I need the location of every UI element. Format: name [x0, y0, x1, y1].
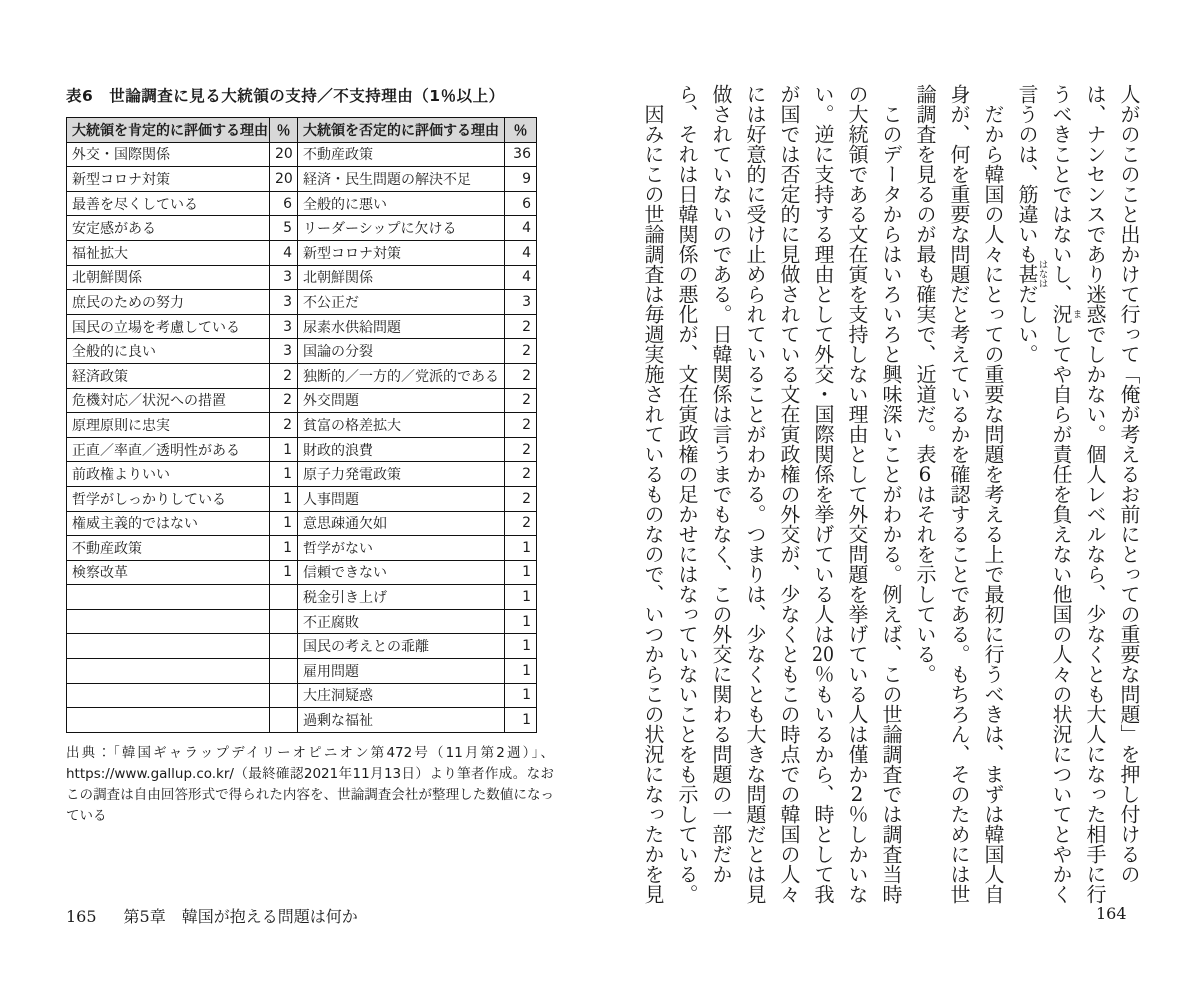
table-row: 国民の立場を考慮している3尿素水供給問題2	[67, 314, 537, 339]
upright-number: 20	[811, 644, 835, 664]
table-cell: 3	[505, 290, 537, 315]
table-cell: 2	[505, 314, 537, 339]
vertical-text-block: 人がのこのこと出かけて行って「俺が考えるお前にとっての重要な問題」を押し付けるの…	[636, 84, 1146, 908]
table-cell: 1	[270, 437, 298, 462]
upright-number: 2	[845, 784, 869, 804]
table-cell: 1	[270, 536, 298, 561]
table-cell: 1	[270, 511, 298, 536]
table-cell: 正直／率直／透明性がある	[67, 437, 270, 462]
table-cell: 意思疎通欠如	[298, 511, 505, 536]
table-cell: 5	[270, 216, 298, 241]
table-cell: 前政権よりいい	[67, 462, 270, 487]
table-cell: 2	[505, 413, 537, 438]
paragraph: このデータからはいろいろと興味深いことがわかる。例えば、この世論調査では調査当時…	[670, 84, 908, 908]
table-cell: 北朝鮮関係	[298, 265, 505, 290]
table-cell: 36	[505, 142, 537, 167]
page-number-left: 165	[66, 907, 97, 926]
table-row: 権威主義的ではない1意思疎通欠如2	[67, 511, 537, 536]
table-cell: 不公正だ	[298, 290, 505, 315]
table-cell: 国民の考えとの乖離	[298, 634, 505, 659]
table-cell: 不正腐敗	[298, 609, 505, 634]
table-cell	[270, 683, 298, 708]
table-cell: 庶民のための努力	[67, 290, 270, 315]
table-row: 哲学がしっかりしている1人事問題2	[67, 486, 537, 511]
table-cell: 2	[505, 486, 537, 511]
table-cell	[270, 609, 298, 634]
table-cell: 2	[505, 511, 537, 536]
header-positive-reason: 大統領を肯定的に評価する理由	[67, 118, 270, 143]
table-cell	[67, 634, 270, 659]
table-cell: 不動産政策	[67, 536, 270, 561]
table-cell: 税金引き上げ	[298, 585, 505, 610]
table-row: 税金引き上げ1	[67, 585, 537, 610]
table-cell: 福祉拡大	[67, 240, 270, 265]
paragraph: 因みにこの世論調査は毎週実施されているものなので、いつからこの状況になったかを見	[636, 84, 670, 908]
table-row: 全般的に良い3国論の分裂2	[67, 339, 537, 364]
table-cell	[67, 683, 270, 708]
table-cell: 新型コロナ対策	[67, 167, 270, 192]
table-cell: 1	[505, 634, 537, 659]
ruby-annotated-text: 甚はなは	[1015, 264, 1039, 284]
table-row: 外交・国際関係20不動産政策36	[67, 142, 537, 167]
table-cell: 北朝鮮関係	[67, 265, 270, 290]
table-header-row: 大統領を肯定的に評価する理由 ％ 大統領を否定的に評価する理由 ％	[67, 118, 537, 143]
table-row: 安定感がある5リーダーシップに欠ける4	[67, 216, 537, 241]
table-cell: 原子力発電政策	[298, 462, 505, 487]
table-cell: 外交問題	[298, 388, 505, 413]
table-cell: 3	[270, 265, 298, 290]
table-cell: 原理原則に忠実	[67, 413, 270, 438]
table-cell: 3	[270, 290, 298, 315]
paragraph: だから韓国の人々にとっての重要な問題を考える上で最初に行うべきは、まずは韓国人自…	[908, 84, 1010, 908]
table-cell: 1	[505, 683, 537, 708]
table-cell: 9	[505, 167, 537, 192]
table-row: 北朝鮮関係3北朝鮮関係4	[67, 265, 537, 290]
table-cell	[67, 659, 270, 684]
table-row: 過剰な福祉1	[67, 708, 537, 733]
table-cell: 1	[505, 536, 537, 561]
ruby-annotated-text: 況ま	[1049, 304, 1073, 324]
table-cell: 1	[270, 560, 298, 585]
table-cell: 過剰な福祉	[298, 708, 505, 733]
table-cell: 4	[505, 240, 537, 265]
table-cell: 1	[270, 486, 298, 511]
table-cell: 1	[505, 659, 537, 684]
table-cell: 経済・民生問題の解決不足	[298, 167, 505, 192]
table-cell: 不動産政策	[298, 142, 505, 167]
table-cell: 信頼できない	[298, 560, 505, 585]
table-cell: 尿素水供給問題	[298, 314, 505, 339]
table-cell: 1	[505, 708, 537, 733]
table-cell: 2	[270, 388, 298, 413]
table-cell: 3	[270, 314, 298, 339]
table-cell: 新型コロナ対策	[298, 240, 505, 265]
table-cell	[270, 659, 298, 684]
table-cell: 6	[505, 191, 537, 216]
table-row: 前政権よりいい1原子力発電政策2	[67, 462, 537, 487]
header-positive-percent: ％	[270, 118, 298, 143]
table-cell: 安定感がある	[67, 216, 270, 241]
table-cell: 哲学がない	[298, 536, 505, 561]
table-row: 不動産政策1哲学がない1	[67, 536, 537, 561]
table-cell: 検察改革	[67, 560, 270, 585]
table-cell: 危機対応／状況への措置	[67, 388, 270, 413]
table-cell: 2	[270, 413, 298, 438]
table-row: 原理原則に忠実2貧富の格差拡大2	[67, 413, 537, 438]
table-cell: 国民の立場を考慮している	[67, 314, 270, 339]
page-number-right: 164	[1096, 904, 1127, 923]
table-row: 検察改革1信頼できない1	[67, 560, 537, 585]
table-cell: 権威主義的ではない	[67, 511, 270, 536]
table-cell: 財政的浪費	[298, 437, 505, 462]
table-cell: 2	[505, 339, 537, 364]
table-cell: 経済政策	[67, 363, 270, 388]
table-cell: 雇用問題	[298, 659, 505, 684]
upright-number: 6	[913, 464, 937, 484]
table-cell: 20	[270, 167, 298, 192]
footer-left: 165第5章 韓国が抱える問題は何か	[66, 904, 358, 927]
header-negative-reason: 大統領を否定的に評価する理由	[298, 118, 505, 143]
poll-table: 大統領を肯定的に評価する理由 ％ 大統領を否定的に評価する理由 ％ 外交・国際関…	[66, 117, 537, 733]
table-row: 正直／率直／透明性がある1財政的浪費2	[67, 437, 537, 462]
table-cell	[67, 585, 270, 610]
table-cell: 20	[270, 142, 298, 167]
table-row: 大庄洞疑惑1	[67, 683, 537, 708]
table-row: 経済政策2独断的／一方的／党派的である2	[67, 363, 537, 388]
table-cell: 国論の分裂	[298, 339, 505, 364]
table-cell: 1	[505, 560, 537, 585]
table-cell: 哲学がしっかりしている	[67, 486, 270, 511]
table-cell: 6	[270, 191, 298, 216]
book-spread: { "colors": { "background": "#ffffff", "…	[0, 0, 1197, 983]
table-cell	[270, 634, 298, 659]
table-row: 新型コロナ対策20経済・民生問題の解決不足9	[67, 167, 537, 192]
table-cell: 2	[505, 388, 537, 413]
table-cell: 4	[505, 265, 537, 290]
table-row: 最善を尽くしている6全般的に悪い6	[67, 191, 537, 216]
table-cell	[67, 609, 270, 634]
chapter-title: 第5章 韓国が抱える問題は何か	[124, 907, 358, 926]
table-cell: 1	[270, 462, 298, 487]
source-note: 出典：「韓国ギャラップデイリーオピニオン第472号（11月第2週）」、https…	[66, 743, 554, 827]
header-negative-percent: ％	[505, 118, 537, 143]
table-cell: 4	[270, 240, 298, 265]
table-cell: 4	[505, 216, 537, 241]
table-row: 国民の考えとの乖離1	[67, 634, 537, 659]
table-cell: 外交・国際関係	[67, 142, 270, 167]
table-cell: 1	[505, 585, 537, 610]
poll-table-body: 外交・国際関係20不動産政策36新型コロナ対策20経済・民生問題の解決不足9最善…	[67, 142, 537, 732]
table-cell: 全般的に良い	[67, 339, 270, 364]
table-cell: 2	[505, 437, 537, 462]
table-row: 雇用問題1	[67, 659, 537, 684]
table-cell: リーダーシップに欠ける	[298, 216, 505, 241]
table-cell	[270, 585, 298, 610]
table-cell: 2	[505, 363, 537, 388]
table-cell: 1	[505, 609, 537, 634]
table-cell: 最善を尽くしている	[67, 191, 270, 216]
table-row: 庶民のための努力3不公正だ3	[67, 290, 537, 315]
table-title: 表6 世論調査に見る大統領の支持／不支持理由（1％以上）	[66, 84, 505, 106]
table-cell: 3	[270, 339, 298, 364]
table-cell: 人事問題	[298, 486, 505, 511]
table-cell: 独断的／一方的／党派的である	[298, 363, 505, 388]
table-cell	[270, 708, 298, 733]
table-cell	[67, 708, 270, 733]
table-row: 不正腐敗1	[67, 609, 537, 634]
table-cell: 大庄洞疑惑	[298, 683, 505, 708]
table-row: 危機対応／状況への措置2外交問題2	[67, 388, 537, 413]
table-row: 福祉拡大4新型コロナ対策4	[67, 240, 537, 265]
table-cell: 2	[505, 462, 537, 487]
paragraph: 人がのこのこと出かけて行って「俺が考えるお前にとっての重要な問題」を押し付けるの…	[1010, 84, 1146, 908]
table-cell: 貧富の格差拡大	[298, 413, 505, 438]
table-cell: 全般的に悪い	[298, 191, 505, 216]
table-cell: 2	[270, 363, 298, 388]
